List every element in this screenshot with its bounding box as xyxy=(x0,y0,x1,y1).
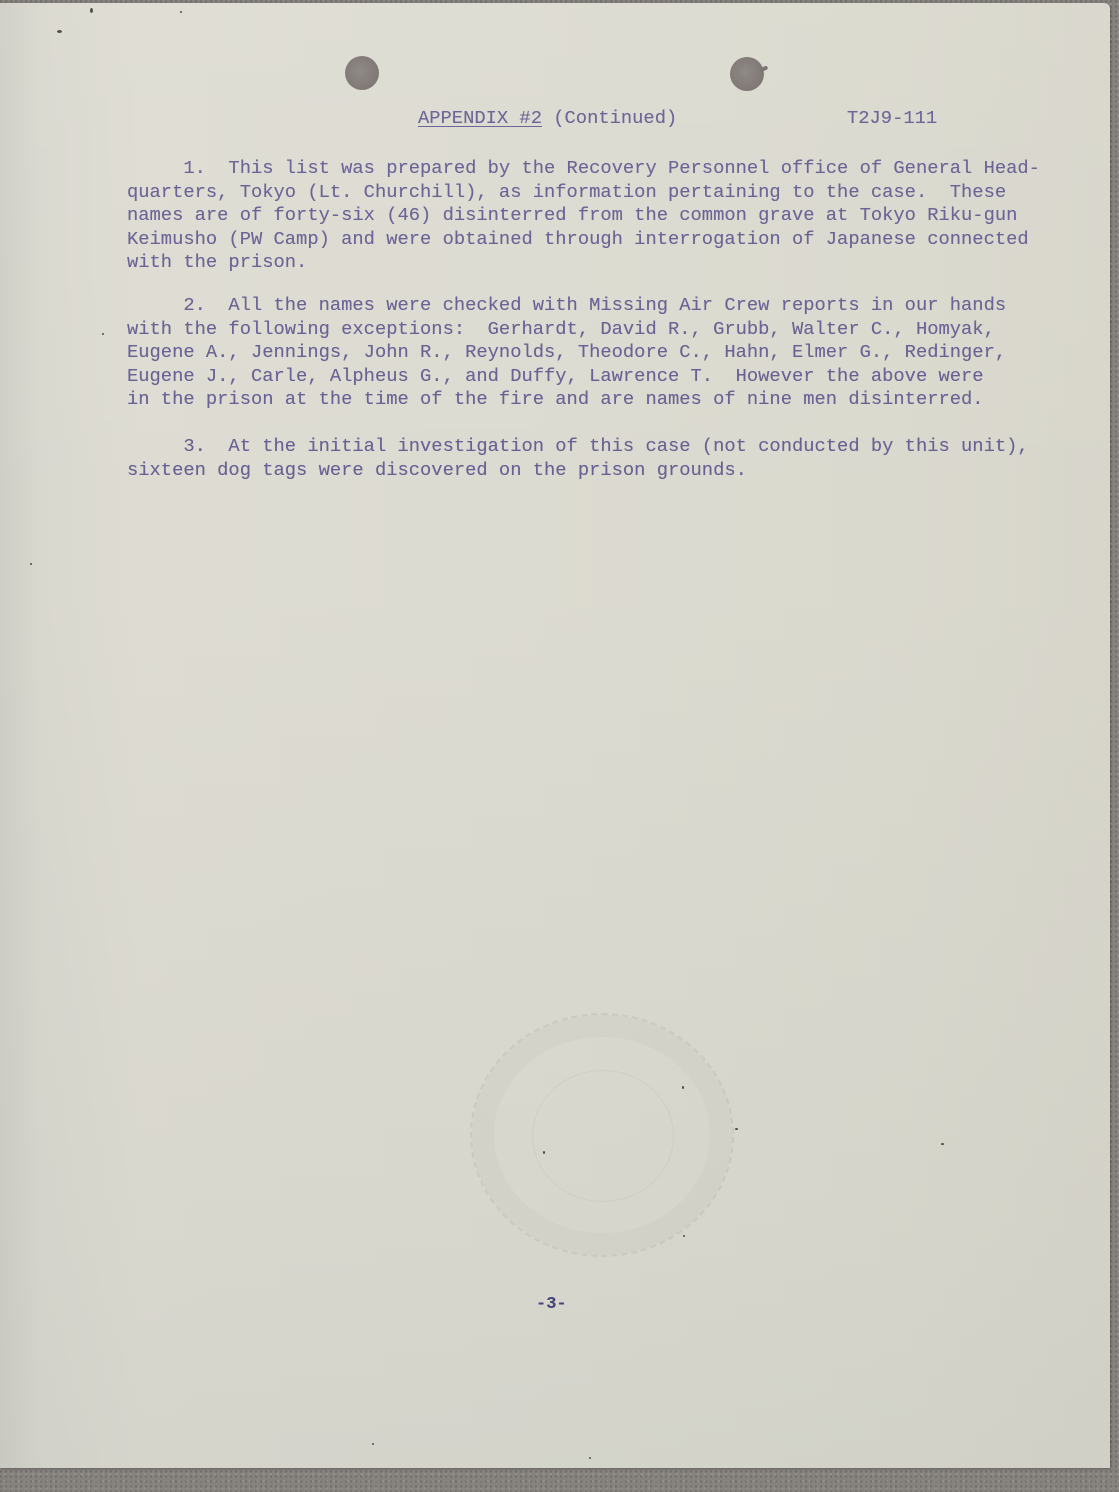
paragraph-1: 1. This list was prepared by the Recover… xyxy=(127,157,1040,275)
paragraph-line: quarters, Tokyo (Lt. Churchill), as info… xyxy=(127,181,1040,205)
punch-hole-left xyxy=(345,56,379,90)
paragraph-line: Eugene J., Carle, Alpheus G., and Duffy,… xyxy=(127,365,1006,389)
paragraph-line: Eugene A., Jennings, John R., Reynolds, … xyxy=(127,341,1006,365)
reference-code: T2J9-111 xyxy=(847,107,937,131)
paper-speck xyxy=(102,333,104,335)
faded-stamp-impression xyxy=(470,1013,734,1257)
paragraph-line: 1. This list was prepared by the Recover… xyxy=(127,157,1040,181)
document-page: APPENDIX #2 (Continued) T2J9-111 1. This… xyxy=(0,3,1110,1468)
paper-speck xyxy=(682,1086,684,1089)
punch-hole-right xyxy=(730,57,764,91)
paragraph-line: with the prison. xyxy=(127,251,1040,275)
paper-speck xyxy=(372,1443,374,1445)
paper-speck xyxy=(57,30,62,33)
paragraph-line: with the following exceptions: Gerhardt,… xyxy=(127,318,1006,342)
paper-speck xyxy=(735,1128,738,1130)
paper-speck xyxy=(941,1143,944,1145)
paper-speck xyxy=(589,1457,591,1459)
paper-speck xyxy=(543,1151,545,1154)
paragraph-3: 3. At the initial investigation of this … xyxy=(127,435,1029,482)
paper-speck xyxy=(90,8,93,13)
appendix-title: APPENDIX #2 (Continued) xyxy=(418,107,677,131)
paragraph-line: 2. All the names were checked with Missi… xyxy=(127,294,1006,318)
paper-speck xyxy=(180,11,182,13)
paper-speck xyxy=(683,1235,685,1237)
appendix-title-suffix: (Continued) xyxy=(542,107,677,129)
paper-speck xyxy=(30,563,32,565)
paragraph-2: 2. All the names were checked with Missi… xyxy=(127,294,1006,412)
paragraph-line: Keimusho (PW Camp) and were obtained thr… xyxy=(127,228,1040,252)
paragraph-line: sixteen dog tags were discovered on the … xyxy=(127,459,1029,483)
appendix-title-underlined: APPENDIX #2 xyxy=(418,107,542,129)
paragraph-line: 3. At the initial investigation of this … xyxy=(127,435,1029,459)
paragraph-line: in the prison at the time of the fire an… xyxy=(127,388,1006,412)
paragraph-line: names are of forty-six (46) disinterred … xyxy=(127,204,1040,228)
page-number: -3- xyxy=(536,1293,567,1317)
faded-stamp-inner-ring xyxy=(532,1070,674,1202)
